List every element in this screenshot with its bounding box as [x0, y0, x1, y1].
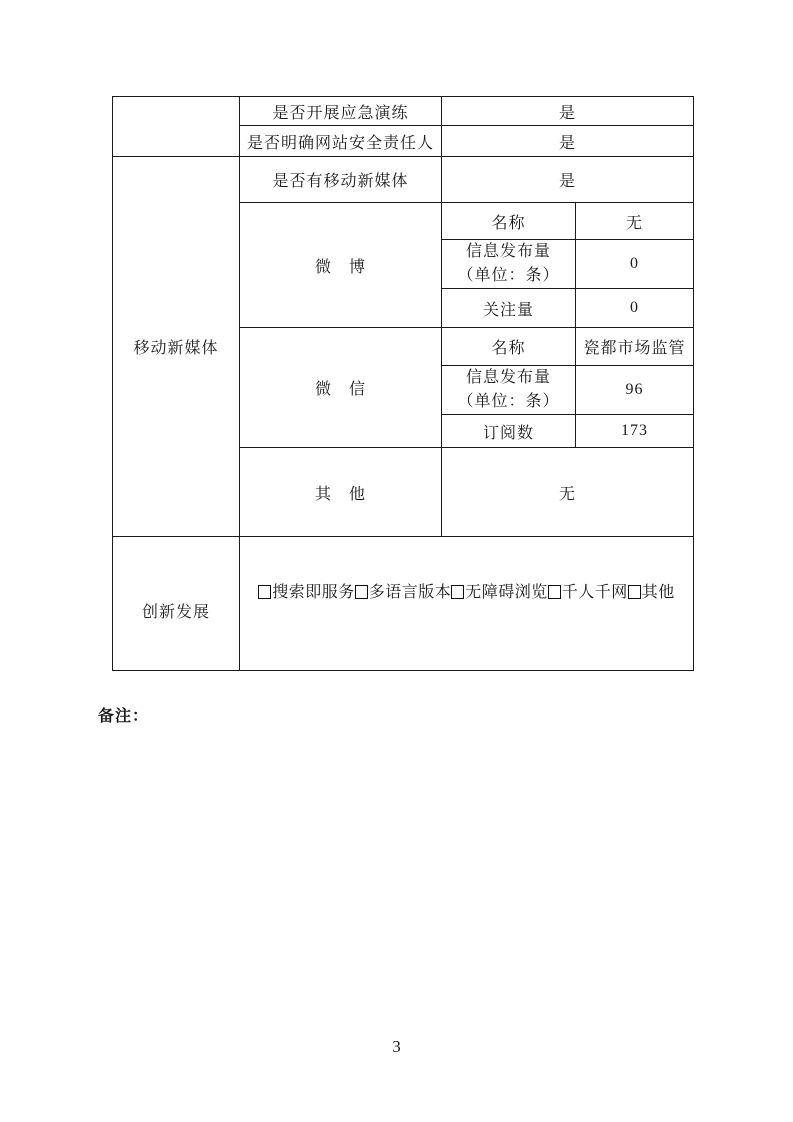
- emergency-drill-value: 是: [442, 97, 694, 126]
- innovation-option: 多语言版本: [355, 584, 452, 601]
- innovation-option-label: 千人千网: [562, 584, 628, 601]
- weibo-posts-label-line2: （单位：条）: [444, 264, 573, 288]
- weibo-name-value: 无: [576, 203, 694, 240]
- innovation-option-label: 无障碍浏览: [465, 584, 548, 601]
- weibo-followers-label: 关注量: [442, 289, 576, 328]
- checkbox-search-as-service-icon[interactable]: [258, 585, 271, 599]
- weibo-label: 微 博: [240, 203, 442, 328]
- document-page: 是否开展应急演练 是 是否明确网站安全责任人 是 移动新媒体 是否有移动新媒体 …: [0, 0, 793, 1122]
- mobile-media-group-label: 移动新媒体: [113, 157, 240, 537]
- wechat-label: 微 信: [240, 328, 442, 448]
- group-cell-continued: [113, 97, 240, 157]
- wechat-posts-label: 信息发布量 （单位：条）: [442, 366, 576, 415]
- wechat-posts-label-line2: （单位：条）: [444, 390, 573, 414]
- wechat-subscribers-label: 订阅数: [442, 415, 576, 448]
- weibo-posts-label-line1: 信息发布量: [444, 240, 573, 264]
- checkbox-other-icon[interactable]: [628, 585, 641, 599]
- notes-label: 备注：: [98, 703, 149, 726]
- wechat-subscribers-value: 173: [576, 415, 694, 448]
- security-officer-label: 是否明确网站安全责任人: [240, 126, 442, 157]
- innovation-options-line: 搜索即服务多语言版本无障碍浏览千人千网其他: [242, 579, 691, 602]
- innovation-option-label: 其他: [642, 584, 675, 601]
- weibo-posts-value: 0: [576, 240, 694, 289]
- innovation-group-label: 创新发展: [113, 537, 240, 671]
- emergency-drill-label: 是否开展应急演练: [240, 97, 442, 126]
- checkbox-personalized-icon[interactable]: [548, 585, 561, 599]
- annual-report-table: 是否开展应急演练 是 是否明确网站安全责任人 是 移动新媒体 是否有移动新媒体 …: [112, 96, 694, 671]
- weibo-posts-label: 信息发布量 （单位：条）: [442, 240, 576, 289]
- innovation-option: 无障碍浏览: [451, 584, 548, 601]
- other-media-value: 无: [442, 448, 694, 537]
- innovation-option: 搜索即服务: [258, 584, 355, 601]
- checkbox-multilingual-icon[interactable]: [355, 585, 368, 599]
- innovation-option-label: 搜索即服务: [272, 584, 355, 601]
- security-officer-value: 是: [442, 126, 694, 157]
- innovation-option: 千人千网: [548, 584, 628, 601]
- wechat-name-value: 瓷都市场监管: [576, 328, 694, 366]
- weibo-followers-value: 0: [576, 289, 694, 328]
- checkbox-accessibility-icon[interactable]: [451, 585, 464, 599]
- innovation-options-cell: 搜索即服务多语言版本无障碍浏览千人千网其他: [240, 537, 694, 671]
- page-number: 3: [0, 1037, 793, 1057]
- wechat-posts-label-line1: 信息发布量: [444, 366, 573, 390]
- has-mobile-media-value: 是: [442, 157, 694, 203]
- other-media-label: 其 他: [240, 448, 442, 537]
- has-mobile-media-label: 是否有移动新媒体: [240, 157, 442, 203]
- weibo-name-label: 名称: [442, 203, 576, 240]
- wechat-name-label: 名称: [442, 328, 576, 366]
- innovation-option-label: 多语言版本: [369, 584, 452, 601]
- innovation-option: 其他: [628, 584, 675, 601]
- wechat-posts-value: 96: [576, 366, 694, 415]
